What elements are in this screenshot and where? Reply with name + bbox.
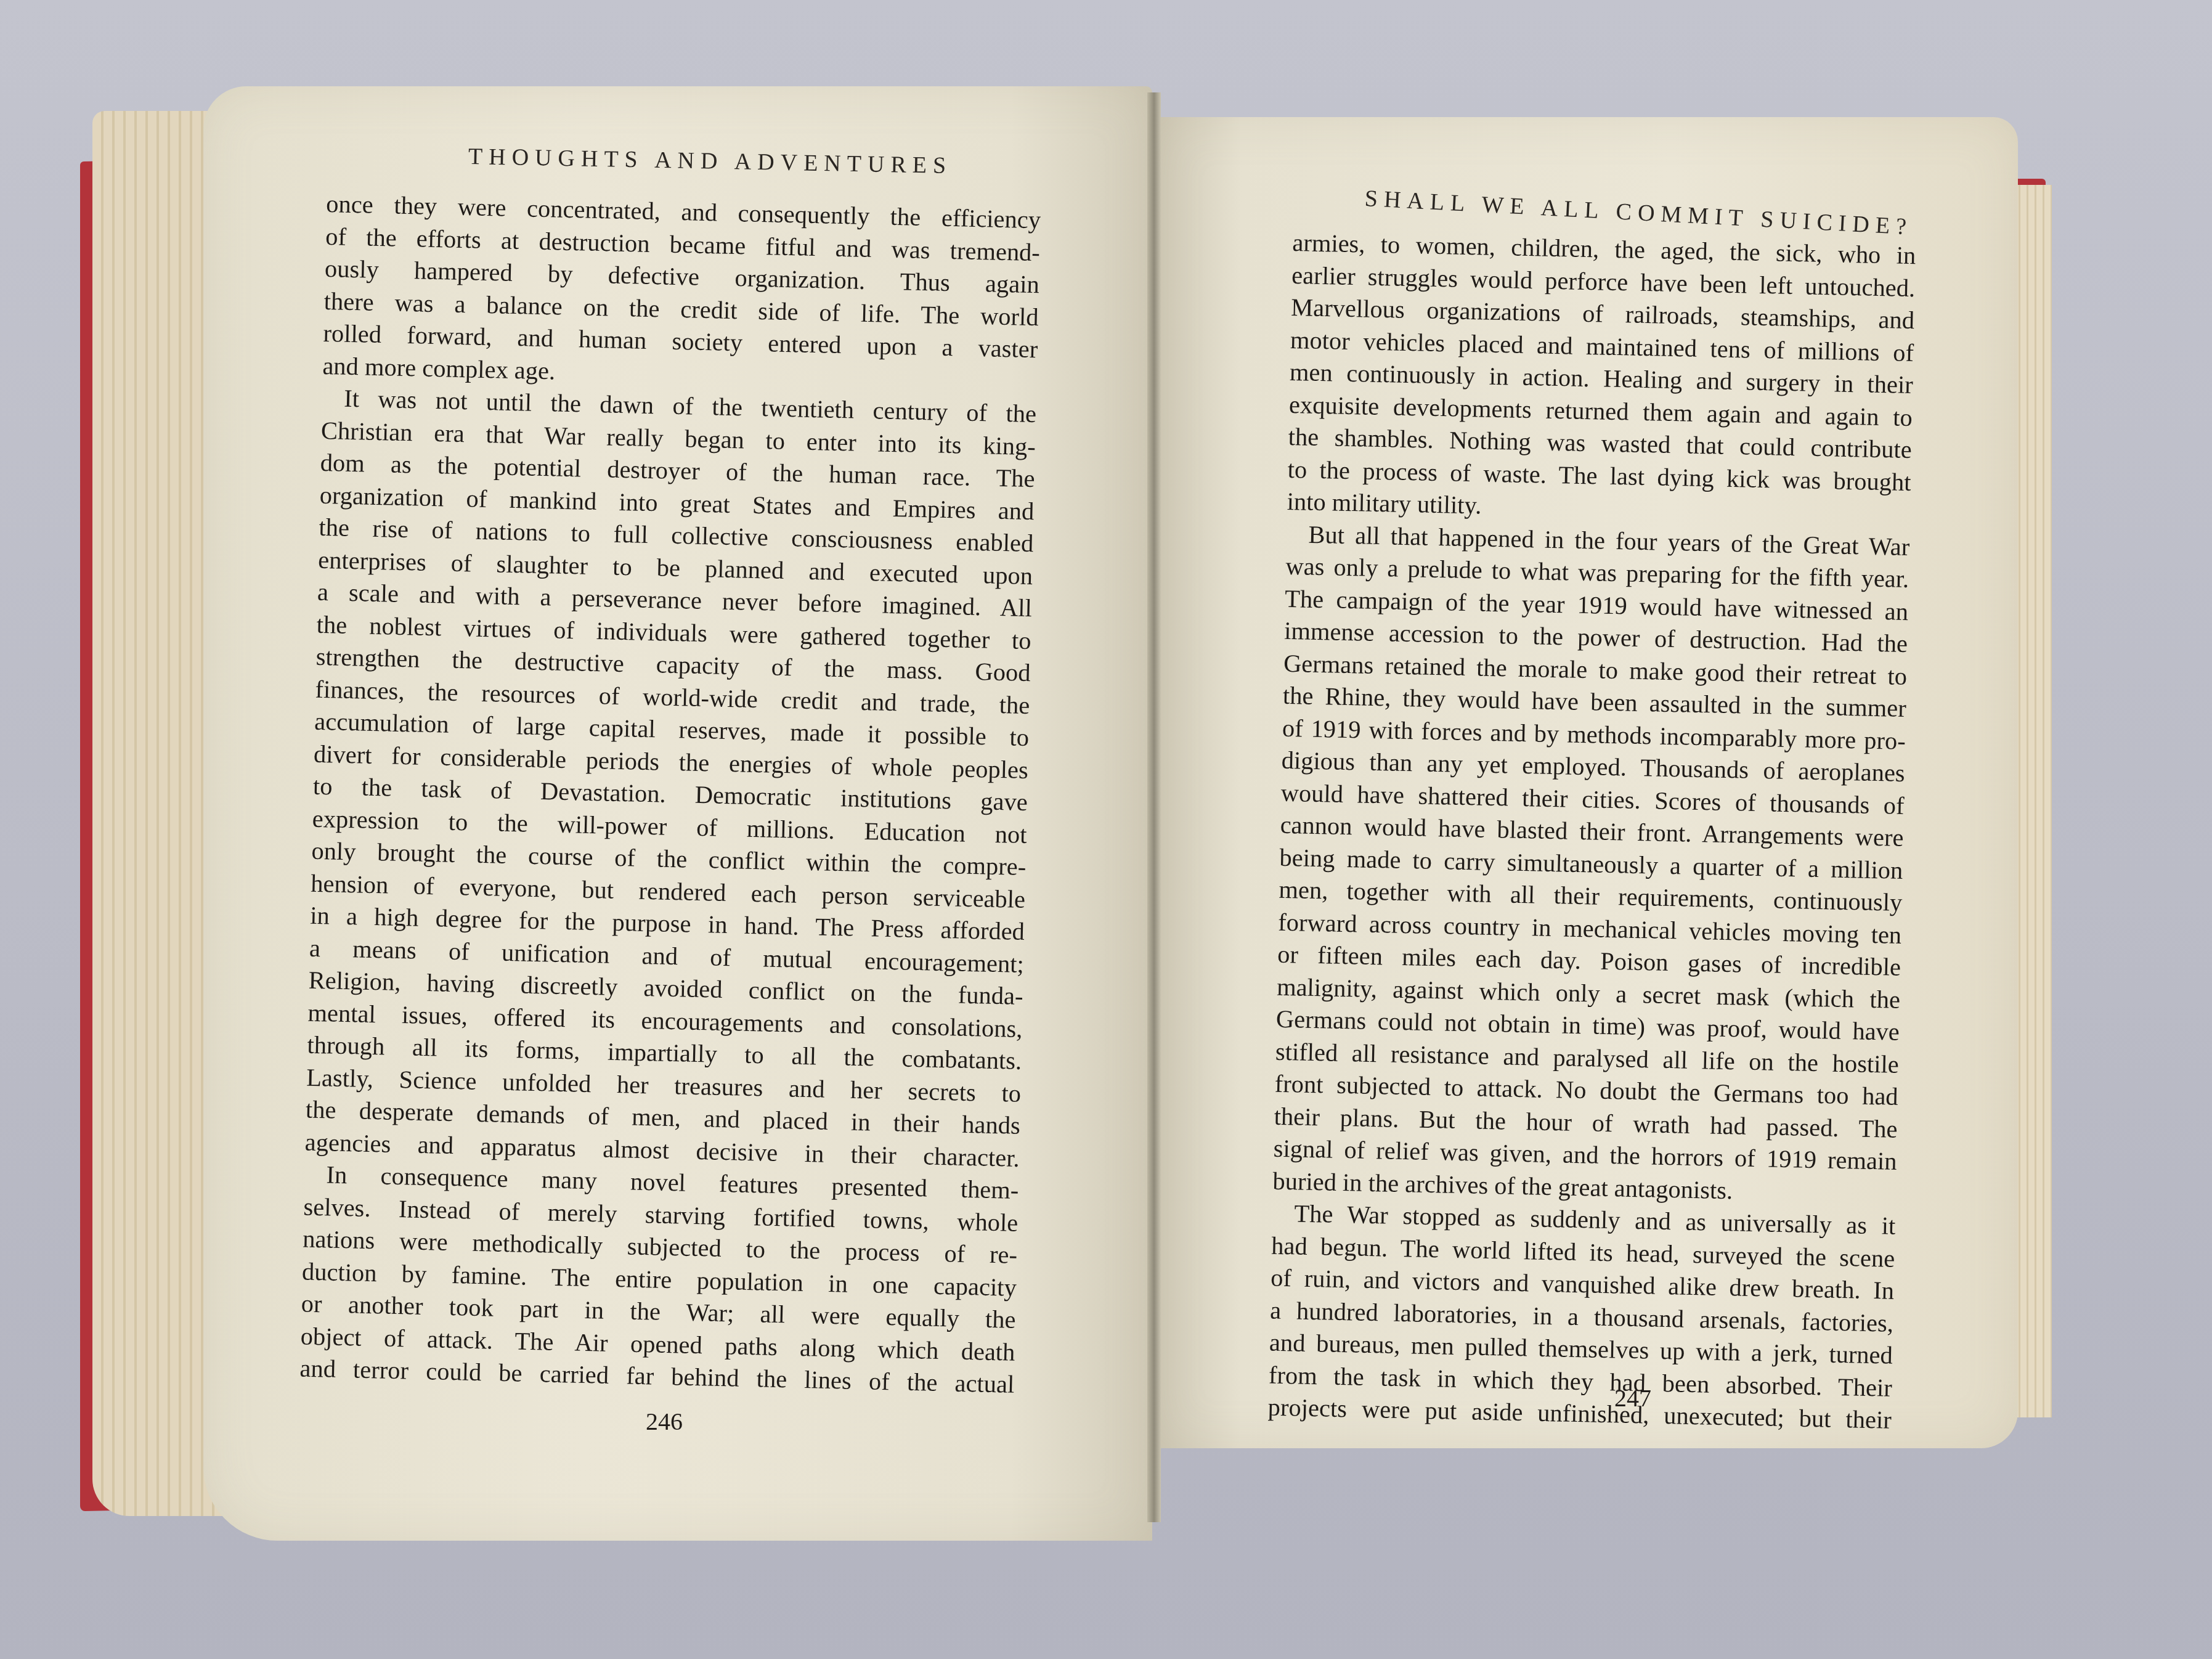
book-gutter: [1147, 92, 1161, 1522]
right-page-text: armies, to women, children, the aged, th…: [1267, 227, 1916, 1437]
page-number-right: 247: [1614, 1384, 1651, 1412]
page-number-left: 246: [646, 1407, 683, 1436]
left-page-text: once they were concentrated, and consequ…: [299, 188, 1041, 1401]
